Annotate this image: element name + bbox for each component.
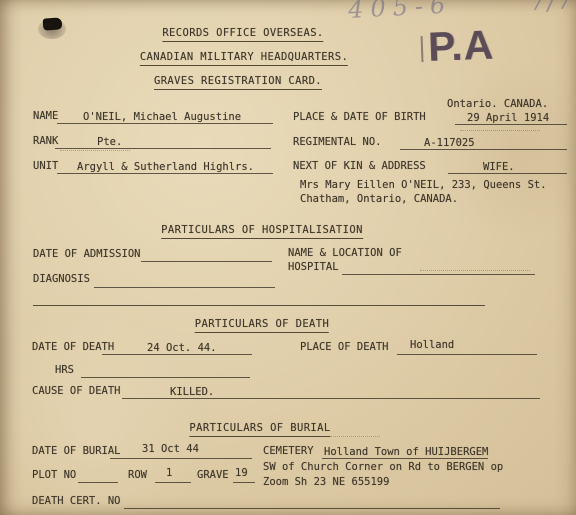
admission-label: DATE OF ADMISSION [33, 248, 140, 261]
hospital-label-line2: HOSPITAL [288, 261, 339, 274]
handwritten-annotation: 405-6 7/7 [347, 0, 576, 22]
cemetery-label: CEMETERY [263, 445, 314, 458]
header-organization: CANADIAN MILITARY HEADQUARTERS. [140, 51, 348, 66]
name-line: O'NEIL, Michael Augustine [57, 107, 273, 124]
death-cause-label: CAUSE OF DEATH [32, 385, 121, 398]
ghost-dots [260, 436, 380, 437]
burial-date-label: DATE OF BURIAL [32, 445, 121, 458]
rank-value: Pte. [97, 136, 122, 148]
row-value: 1 [166, 467, 172, 479]
section-divider-rule [33, 305, 485, 306]
unit-label: UNIT [33, 160, 58, 173]
punch-hole [38, 15, 68, 41]
death-cert-label: DEATH CERT. NO [32, 495, 121, 508]
next-of-kin-label: NEXT OF KIN & ADDRESS [293, 160, 426, 173]
admission-line [141, 245, 272, 262]
death-cert-line [124, 492, 500, 509]
hospitalisation-title: PARTICULARS OF HOSPITALISATION [161, 224, 363, 239]
birth-date-value: 29 April 1914 [467, 112, 549, 124]
name-label: NAME [33, 110, 58, 123]
grave-line: 19 [233, 464, 255, 483]
cemetery-location-line1: SW of Church Corner on Rd to BERGEN op [263, 461, 503, 474]
burial-date-line: 31 Oct 44 [110, 440, 252, 459]
ghost-dots [60, 150, 130, 151]
regimental-no-line: A-117025 [400, 133, 567, 150]
death-place-value: Holland [410, 339, 454, 351]
cemetery-location-line2: Zoom Sh 23 NE 655199 [263, 476, 389, 489]
header-card-title: GRAVES REGISTRATION CARD. [154, 75, 322, 90]
birth-date-line: 29 April 1914 [455, 108, 567, 125]
diagnosis-line [94, 271, 275, 288]
punch-hole-pit [43, 17, 63, 30]
next-of-kin-address-line2: Chatham, Ontario, CANADA. [300, 193, 458, 206]
name-value: O'NEIL, Michael Augustine [83, 111, 241, 123]
grave-label: GRAVE [197, 469, 229, 482]
ghost-dots [460, 130, 540, 131]
death-title: PARTICULARS OF DEATH [195, 318, 329, 333]
handwritten-marks: 7/7 [529, 0, 575, 16]
burial-title: PARTICULARS OF BURIAL [189, 422, 330, 437]
regimental-no-label: REGIMENTAL NO. [293, 136, 382, 149]
death-hours-label: HRS [55, 364, 74, 377]
header-office: RECORDS OFFICE OVERSEAS. [162, 27, 323, 42]
death-date-line: 24 Oct. 44. [102, 338, 252, 355]
rank-line: Pte. [55, 132, 271, 149]
unit-line: Argyll & Sutherland Highlrs. [57, 157, 273, 174]
handwritten-number: 405-6 [347, 0, 453, 24]
pa-stamp: P.A [427, 20, 539, 74]
death-place-label: PLACE OF DEATH [300, 341, 389, 354]
next-of-kin-value: WIFE. [483, 161, 515, 173]
row-line: 1 [155, 464, 191, 483]
death-place-line: Holland [397, 337, 537, 355]
hospital-line [342, 258, 535, 275]
unit-value: Argyll & Sutherland Highlrs. [77, 161, 254, 173]
next-of-kin-address-line1: Mrs Mary Eillen O'NEIL, 233, Queens St. [300, 179, 547, 192]
death-cause-line: KILLED. [122, 382, 540, 399]
row-label: ROW [128, 469, 147, 482]
burial-date-value: 31 Oct 44 [142, 443, 199, 455]
cemetery-value: Holland Town of HUIJBERGEM [324, 446, 488, 458]
birth-label: PLACE & DATE OF BIRTH [293, 111, 426, 124]
death-cause-value: KILLED. [170, 386, 214, 398]
next-of-kin-line: WIFE. [448, 157, 567, 174]
grave-value: 19 [235, 467, 248, 479]
plot-line [78, 466, 118, 483]
regimental-no-value: A-117025 [424, 137, 475, 149]
plot-label: PLOT NO [32, 469, 76, 482]
graves-registration-card: 405-6 7/7 P.A RECORDS OFFICE OVERSEAS. C… [0, 0, 576, 515]
death-hours-line [81, 361, 250, 378]
diagnosis-label: DIAGNOSIS [33, 273, 90, 286]
death-date-value: 24 Oct. 44. [147, 342, 217, 354]
cemetery-line: Holland Town of HUIJBERGEM [322, 442, 488, 459]
ghost-dots [420, 270, 530, 271]
